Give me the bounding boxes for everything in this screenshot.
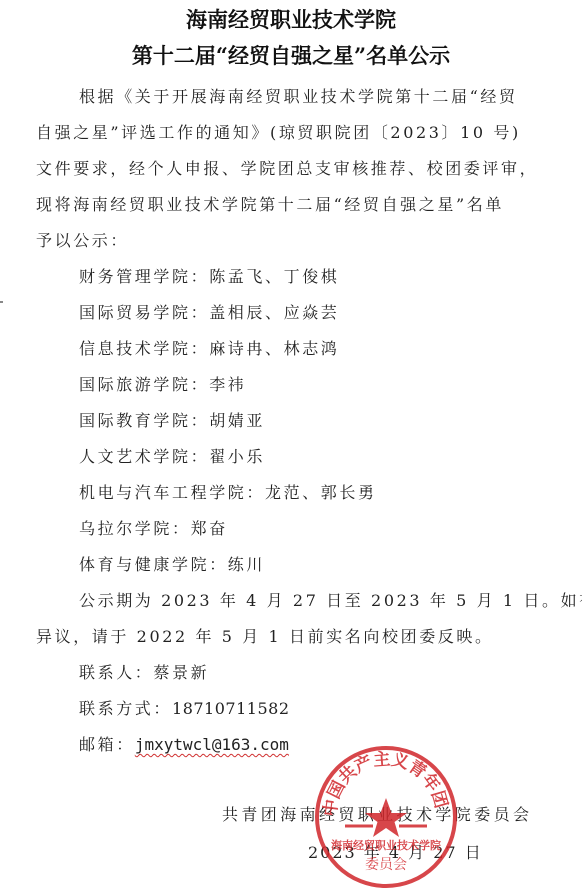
awardee-line: 信息技术学院：麻诗冉、林志鸿 [79, 336, 339, 359]
awardee-line: 人文艺术学院：翟小乐 [79, 444, 265, 467]
awardee-line: 乌拉尔学院：郑奋 [79, 516, 228, 539]
awardee-line: 财务管理学院：陈孟飞、丁俊棋 [79, 264, 339, 287]
notice-objection-line: 异议，请于 2022 年 5 月 1 日前实名向校团委反映。 [36, 624, 494, 647]
intro-line-1: 根据《关于开展海南经贸职业技术学院第十二届“经贸 [79, 84, 518, 107]
contact-person-name: 蔡景新 [153, 663, 209, 682]
contact-email-label: 邮箱： [79, 735, 135, 754]
intro-line-4: 现将海南经贸职业技术学院第十二届“经贸自强之星”名单 [36, 192, 504, 215]
awardee-line: 国际教育学院：胡婧亚 [79, 408, 265, 431]
contact-phone: 18710711582 [172, 699, 289, 718]
intro-line-3: 文件要求，经个人申报、学院团总支审核推荐、校团委评审， [36, 156, 538, 179]
awardee-line: 国际旅游学院：李祎 [79, 372, 246, 395]
margin-mark [0, 301, 3, 303]
intro-line-2: 自强之星”评选工作的通知》(琼贸职院团〔2023〕10 号) [36, 120, 521, 143]
awardee-line: 机电与汽车工程学院：龙范、郭长勇 [79, 480, 377, 503]
contact-email[interactable]: jmxytwcl@163.com [135, 735, 289, 754]
seal-inner-text: 海南经贸职业技术学院 [331, 838, 441, 852]
awardee-line: 国际贸易学院：盖相辰、应焱芸 [79, 300, 339, 323]
document-title-notice: 第十二届“经贸自强之星”名单公示 [0, 40, 582, 70]
contact-person-row: 联系人：蔡景新 [79, 660, 209, 683]
official-seal: 中国共产主义青年团 海南经贸职业技术学院 委员会 [315, 746, 457, 888]
contact-email-row: 邮箱：jmxytwcl@163.com [79, 732, 289, 755]
contact-phone-label: 联系方式： [79, 699, 172, 718]
contact-person-label: 联系人： [79, 663, 153, 682]
notice-period-line: 公示期为 2023 年 4 月 27 日至 2023 年 5 月 1 日。如有 [79, 588, 582, 611]
document-title-institution: 海南经贸职业技术学院 [0, 4, 582, 34]
seal-bottom-text: 委员会 [365, 857, 407, 873]
contact-phone-row: 联系方式：18710711582 [79, 696, 290, 719]
intro-line-5: 予以公示： [36, 228, 129, 251]
awardee-line: 体育与健康学院：练川 [79, 552, 265, 575]
seal-star-icon: 中国共产主义青年团 海南经贸职业技术学院 委员会 [315, 746, 457, 888]
